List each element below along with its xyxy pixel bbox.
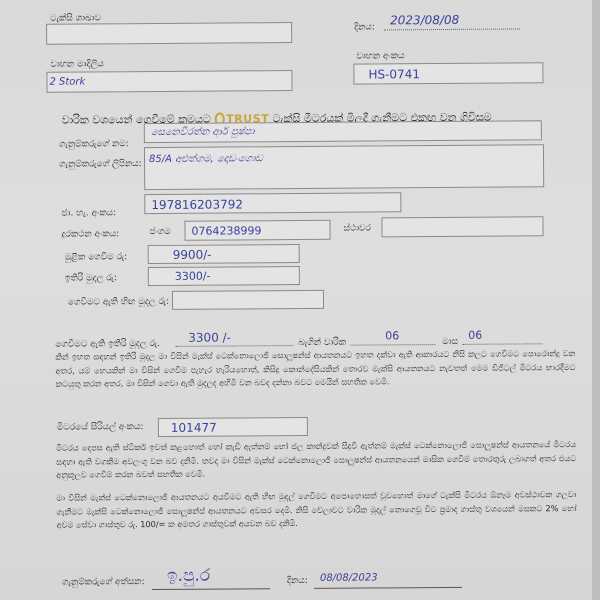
nic-field[interactable]: 197816203792	[144, 192, 401, 214]
months-label: මාස	[442, 337, 458, 347]
buyer-address-field[interactable]: 85/A අළුත්ගම, දොඩංගොඩ	[144, 144, 544, 190]
footer-date-label: දිනය:	[287, 576, 308, 586]
landline-label: ස්ථාවර	[343, 224, 371, 234]
vehicle-number-label: වාහන අංකය	[356, 51, 404, 61]
signature-value: ඉ.පු.ර	[167, 566, 210, 586]
agreement-form: ටැක්සි ශාඛාව දිනය: 2023/08/08 වාහන මාදිල…	[0, 0, 600, 600]
landline-field[interactable]	[381, 216, 543, 237]
signature-label: ගැනුම්කරුගේ අත්සන:	[62, 577, 145, 588]
installment-amount-label: ගෙවීමට ඇති ඉතිරි මුදල රු.	[55, 339, 160, 350]
serial-field[interactable]: 101477	[158, 417, 308, 437]
paper-edge-shadow	[592, 0, 600, 600]
payment-terms-paragraph: කින් ඉහත සඳහන් ඉතිරි මුදල මා විසින් මැක්…	[55, 347, 575, 391]
vehicle-number-field[interactable]: HS-0741	[353, 62, 543, 84]
branch-label: ටැක්සි ශාඛාව	[50, 13, 101, 23]
buyer-name-field[interactable]: සෙනෙවිරත්න ආර් පුෂ්පා	[144, 120, 542, 143]
total-price-label: මුළික ගෙවීම රු:	[65, 252, 128, 262]
buyer-name-label: ගැනුම්කරුගේ නම:	[59, 139, 129, 149]
phone-label: දුරකථන අංකය:	[62, 229, 120, 239]
vehicle-model-field[interactable]: 2 Stork	[46, 70, 292, 93]
balance-label: ගෙවීමට ඇති හිඟ මුදල රු:	[68, 297, 169, 308]
default-terms-paragraph: මා විසින් මැක්ස් ටෙක්නොලොජි ආයතනයට අයවීම…	[56, 488, 576, 532]
vehicle-model-label: වාහන මාදිලිය	[50, 59, 104, 69]
advance-field[interactable]: 3300/-	[148, 266, 300, 286]
branch-field[interactable]	[46, 22, 292, 45]
installment-amount-value: 3300 /-	[188, 330, 231, 344]
total-price-field[interactable]: 9900/-	[148, 244, 300, 264]
balance-field[interactable]	[172, 290, 324, 310]
months-value: 06	[468, 329, 482, 342]
buyer-address-label: ගැනුම්කරුගේ ලිපිනය:	[59, 159, 142, 170]
footer-date-value: 08/08/2023	[320, 572, 378, 583]
mobile-label: ජංගම	[149, 227, 170, 237]
date-value: 2023/08/08	[390, 13, 459, 27]
per-installment-label: බැගින් වාරික	[298, 338, 346, 348]
nic-label: ජා. හැ. අංකය:	[61, 208, 116, 218]
serial-label: මීටරයේ සීරියල් අංකය:	[57, 422, 144, 433]
date-label: දිනය:	[354, 22, 375, 32]
advance-label: ඉතිරි මුදල රු:	[65, 273, 117, 283]
mobile-field[interactable]: 0764238999	[184, 220, 330, 241]
warranty-paragraph: මීටරය දෙපස ඇති ස්ටිකර් ඉවත් කළහොත් හෝ කැ…	[56, 438, 576, 482]
installment-count-value: 06	[385, 329, 399, 342]
